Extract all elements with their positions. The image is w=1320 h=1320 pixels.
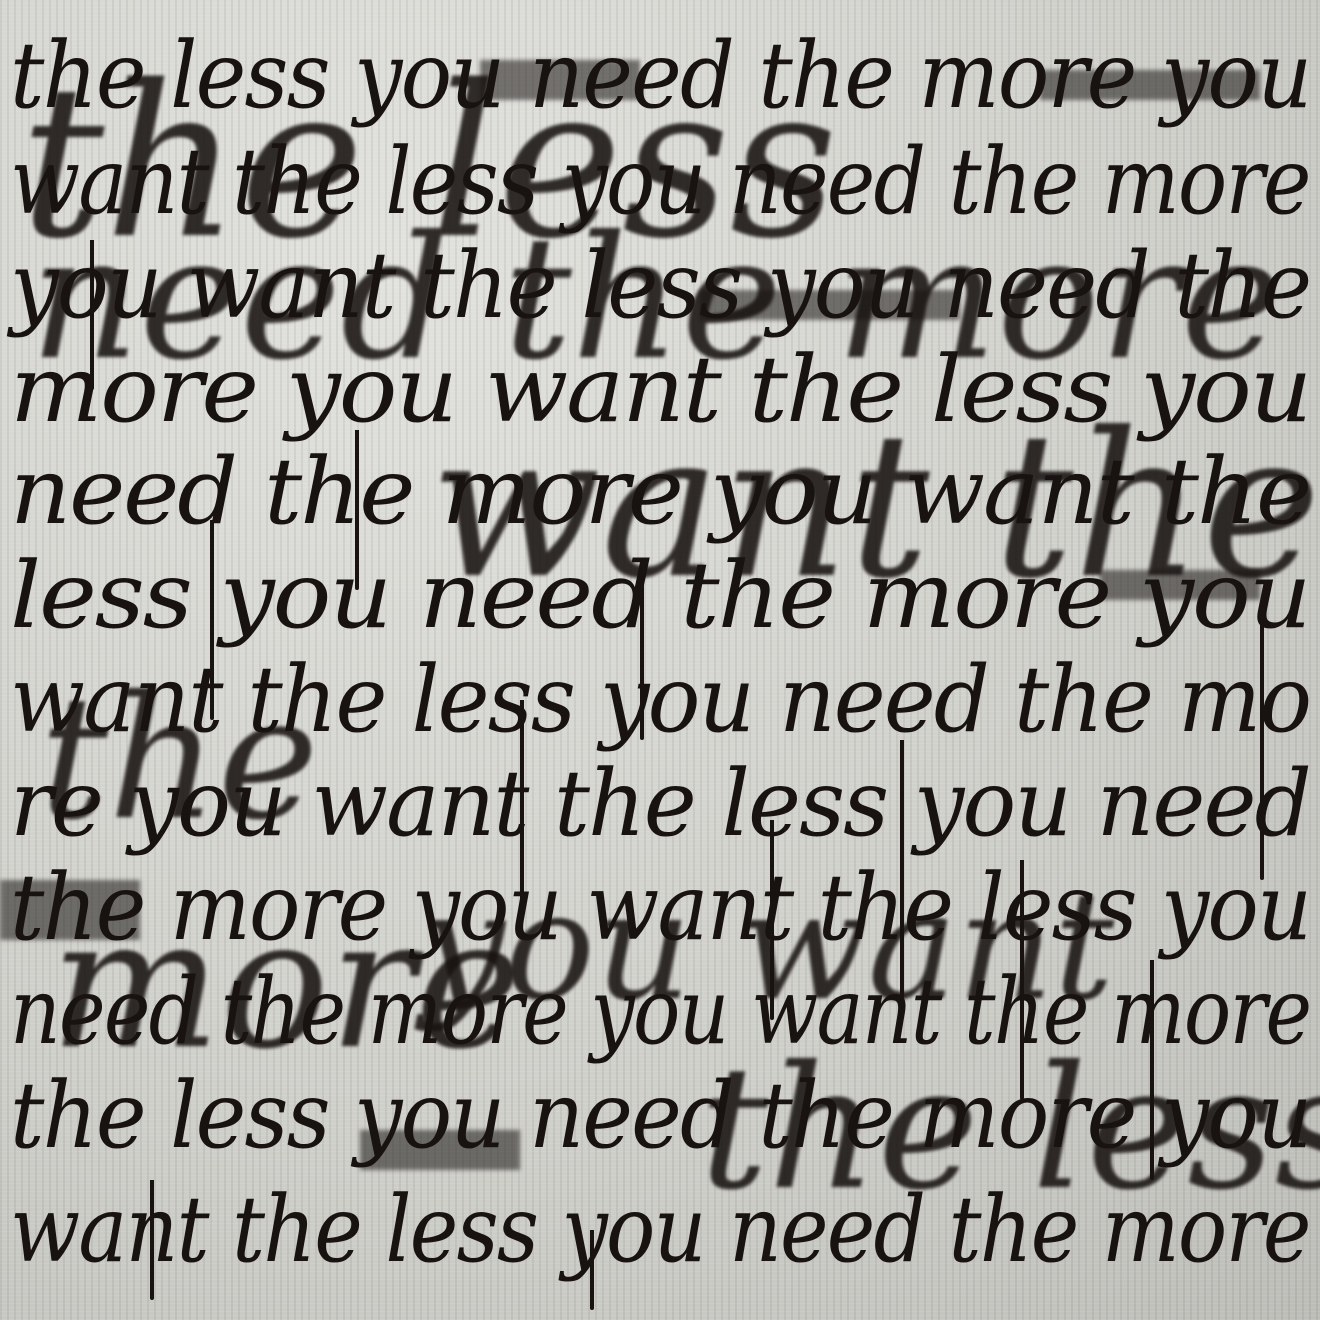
artwork-canvas: the less you need the more you want the … [0, 0, 1320, 1320]
overlay-word: you want [420, 860, 1114, 1034]
overlay-word: want the [430, 390, 1320, 623]
overlay-word: the [40, 660, 318, 858]
overlay-word: the less [700, 1030, 1320, 1228]
overlay-word: need the more [30, 200, 1281, 398]
